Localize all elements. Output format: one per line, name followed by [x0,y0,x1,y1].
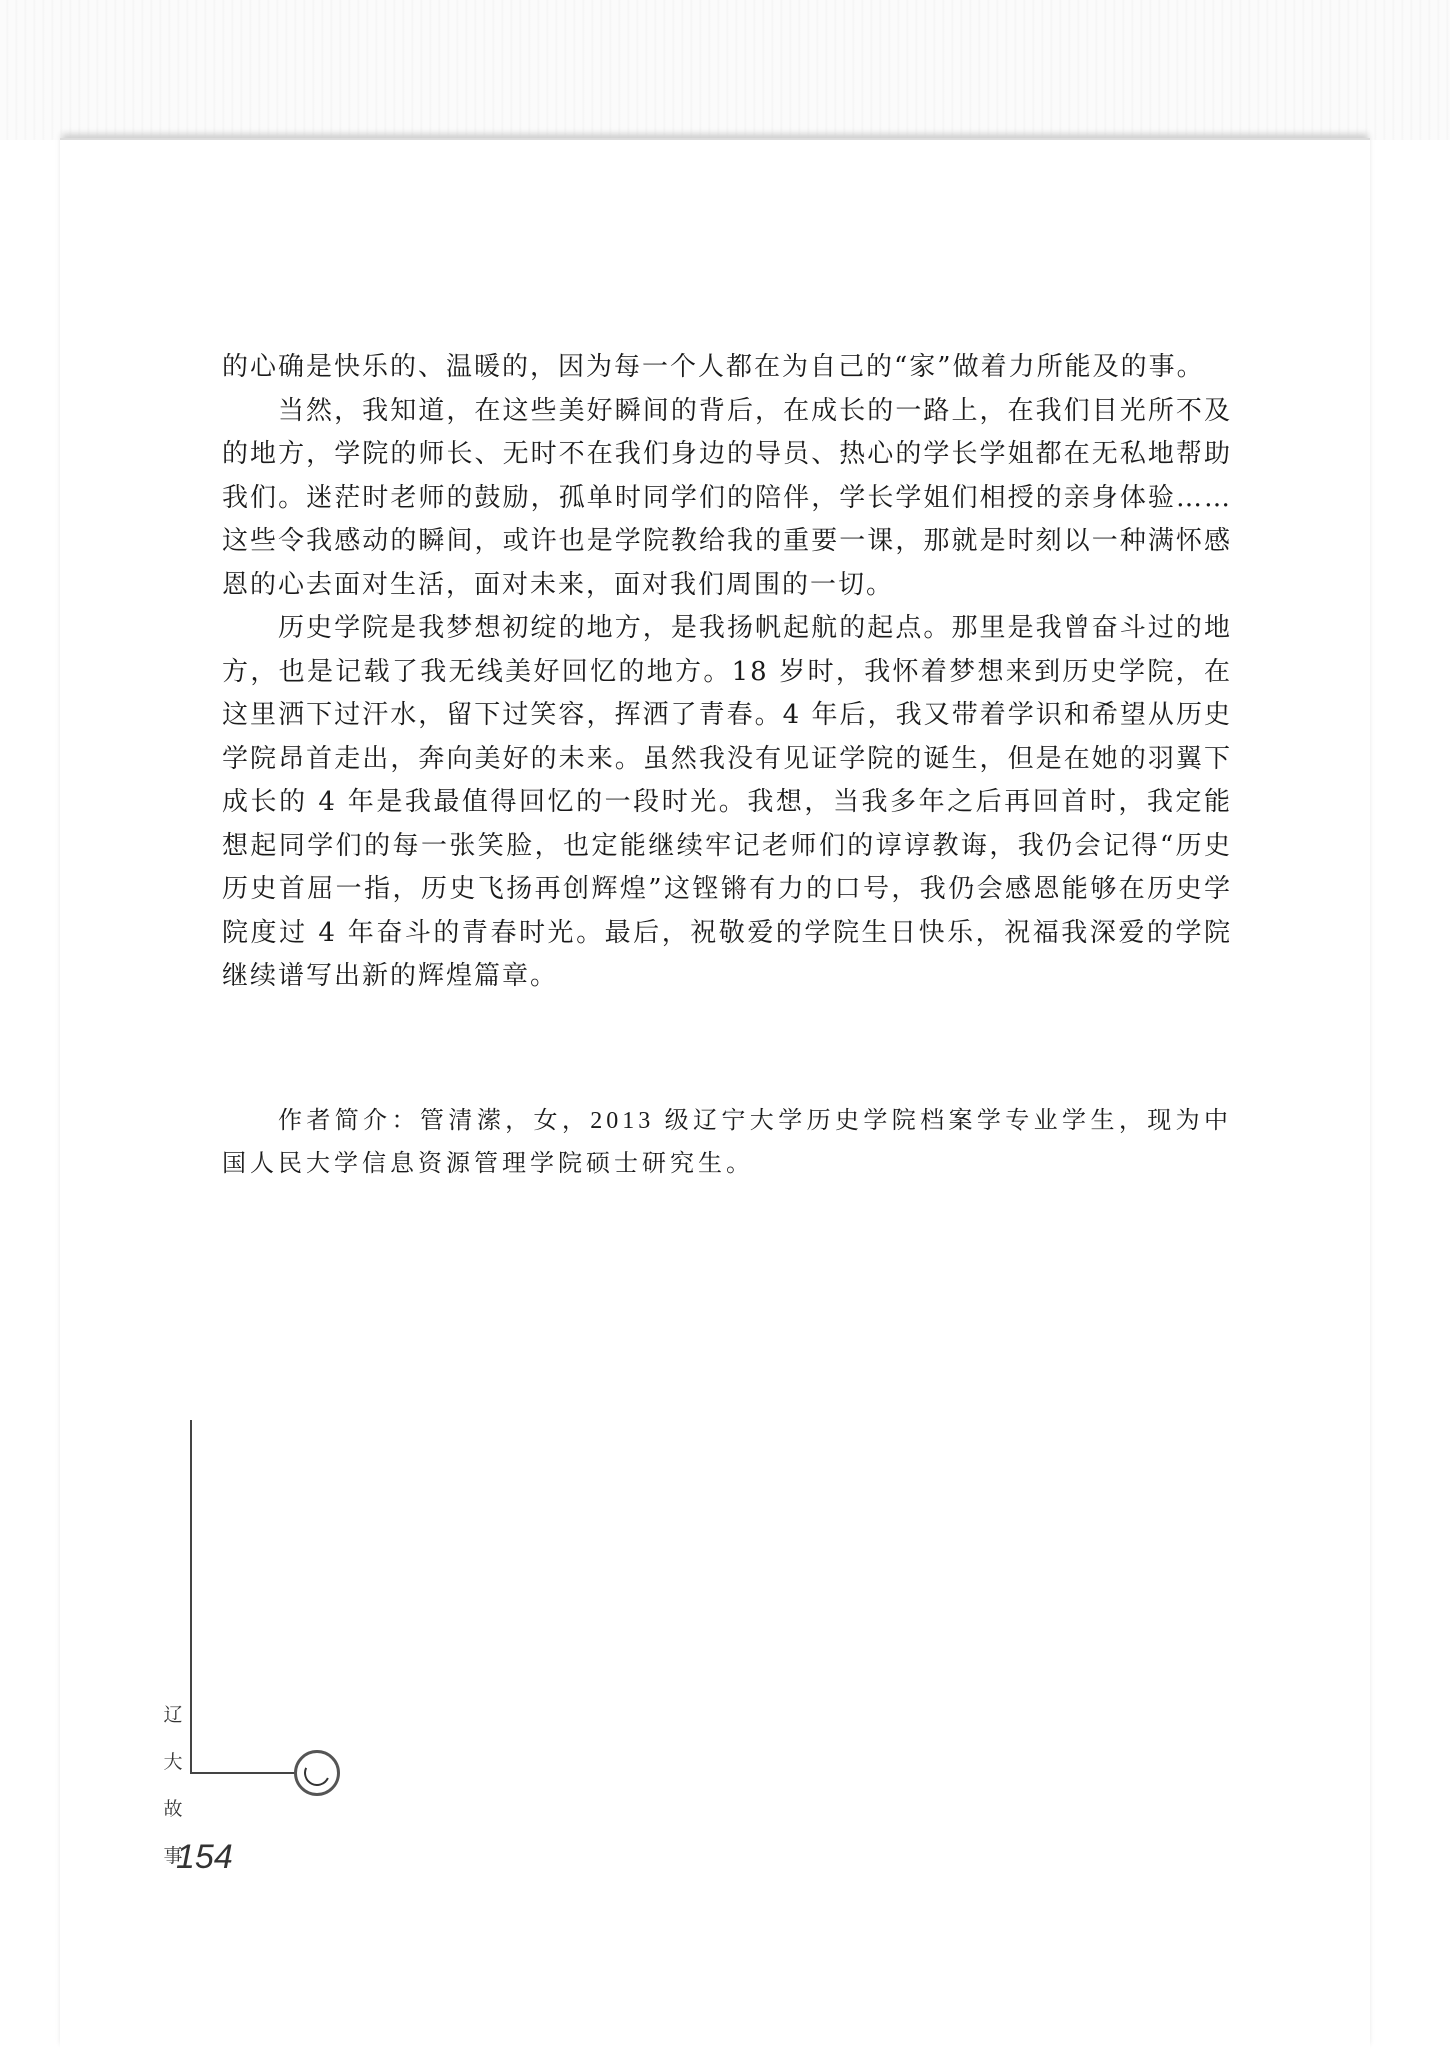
page-number: 154 [176,1838,233,1877]
paragraph: 历史学院是我梦想初绽的地方，是我扬帆起航的起点。那里是我曾奋斗过的地方，也是记载… [222,607,1232,999]
author-bio-text: 作者简介：管清潆，女，2013 级辽宁大学历史学院档案学专业学生，现为中国人民大… [222,1100,1232,1186]
side-horizontal-rule [190,1772,298,1774]
side-vertical-rule [190,1420,192,1774]
circular-seal-icon [294,1750,340,1796]
running-title-char: 辽 [163,1700,182,1727]
body-text: 的心确是快乐的、温暖的，因为每一个人都在为自己的“家”做着力所能及的事。 当然，… [222,346,1232,999]
author-bio: 作者简介：管清潆，女，2013 级辽宁大学历史学院档案学专业学生，现为中国人民大… [222,1100,1232,1186]
paragraph-continued: 的心确是快乐的、温暖的，因为每一个人都在为自己的“家”做着力所能及的事。 [222,346,1232,390]
running-title-char: 故 [163,1794,182,1821]
scan-background-top [0,0,1450,140]
paragraph: 当然，我知道，在这些美好瞬间的背后，在成长的一路上，在我们目光所不及的地方，学院… [222,390,1232,608]
running-title-char: 大 [163,1747,182,1774]
